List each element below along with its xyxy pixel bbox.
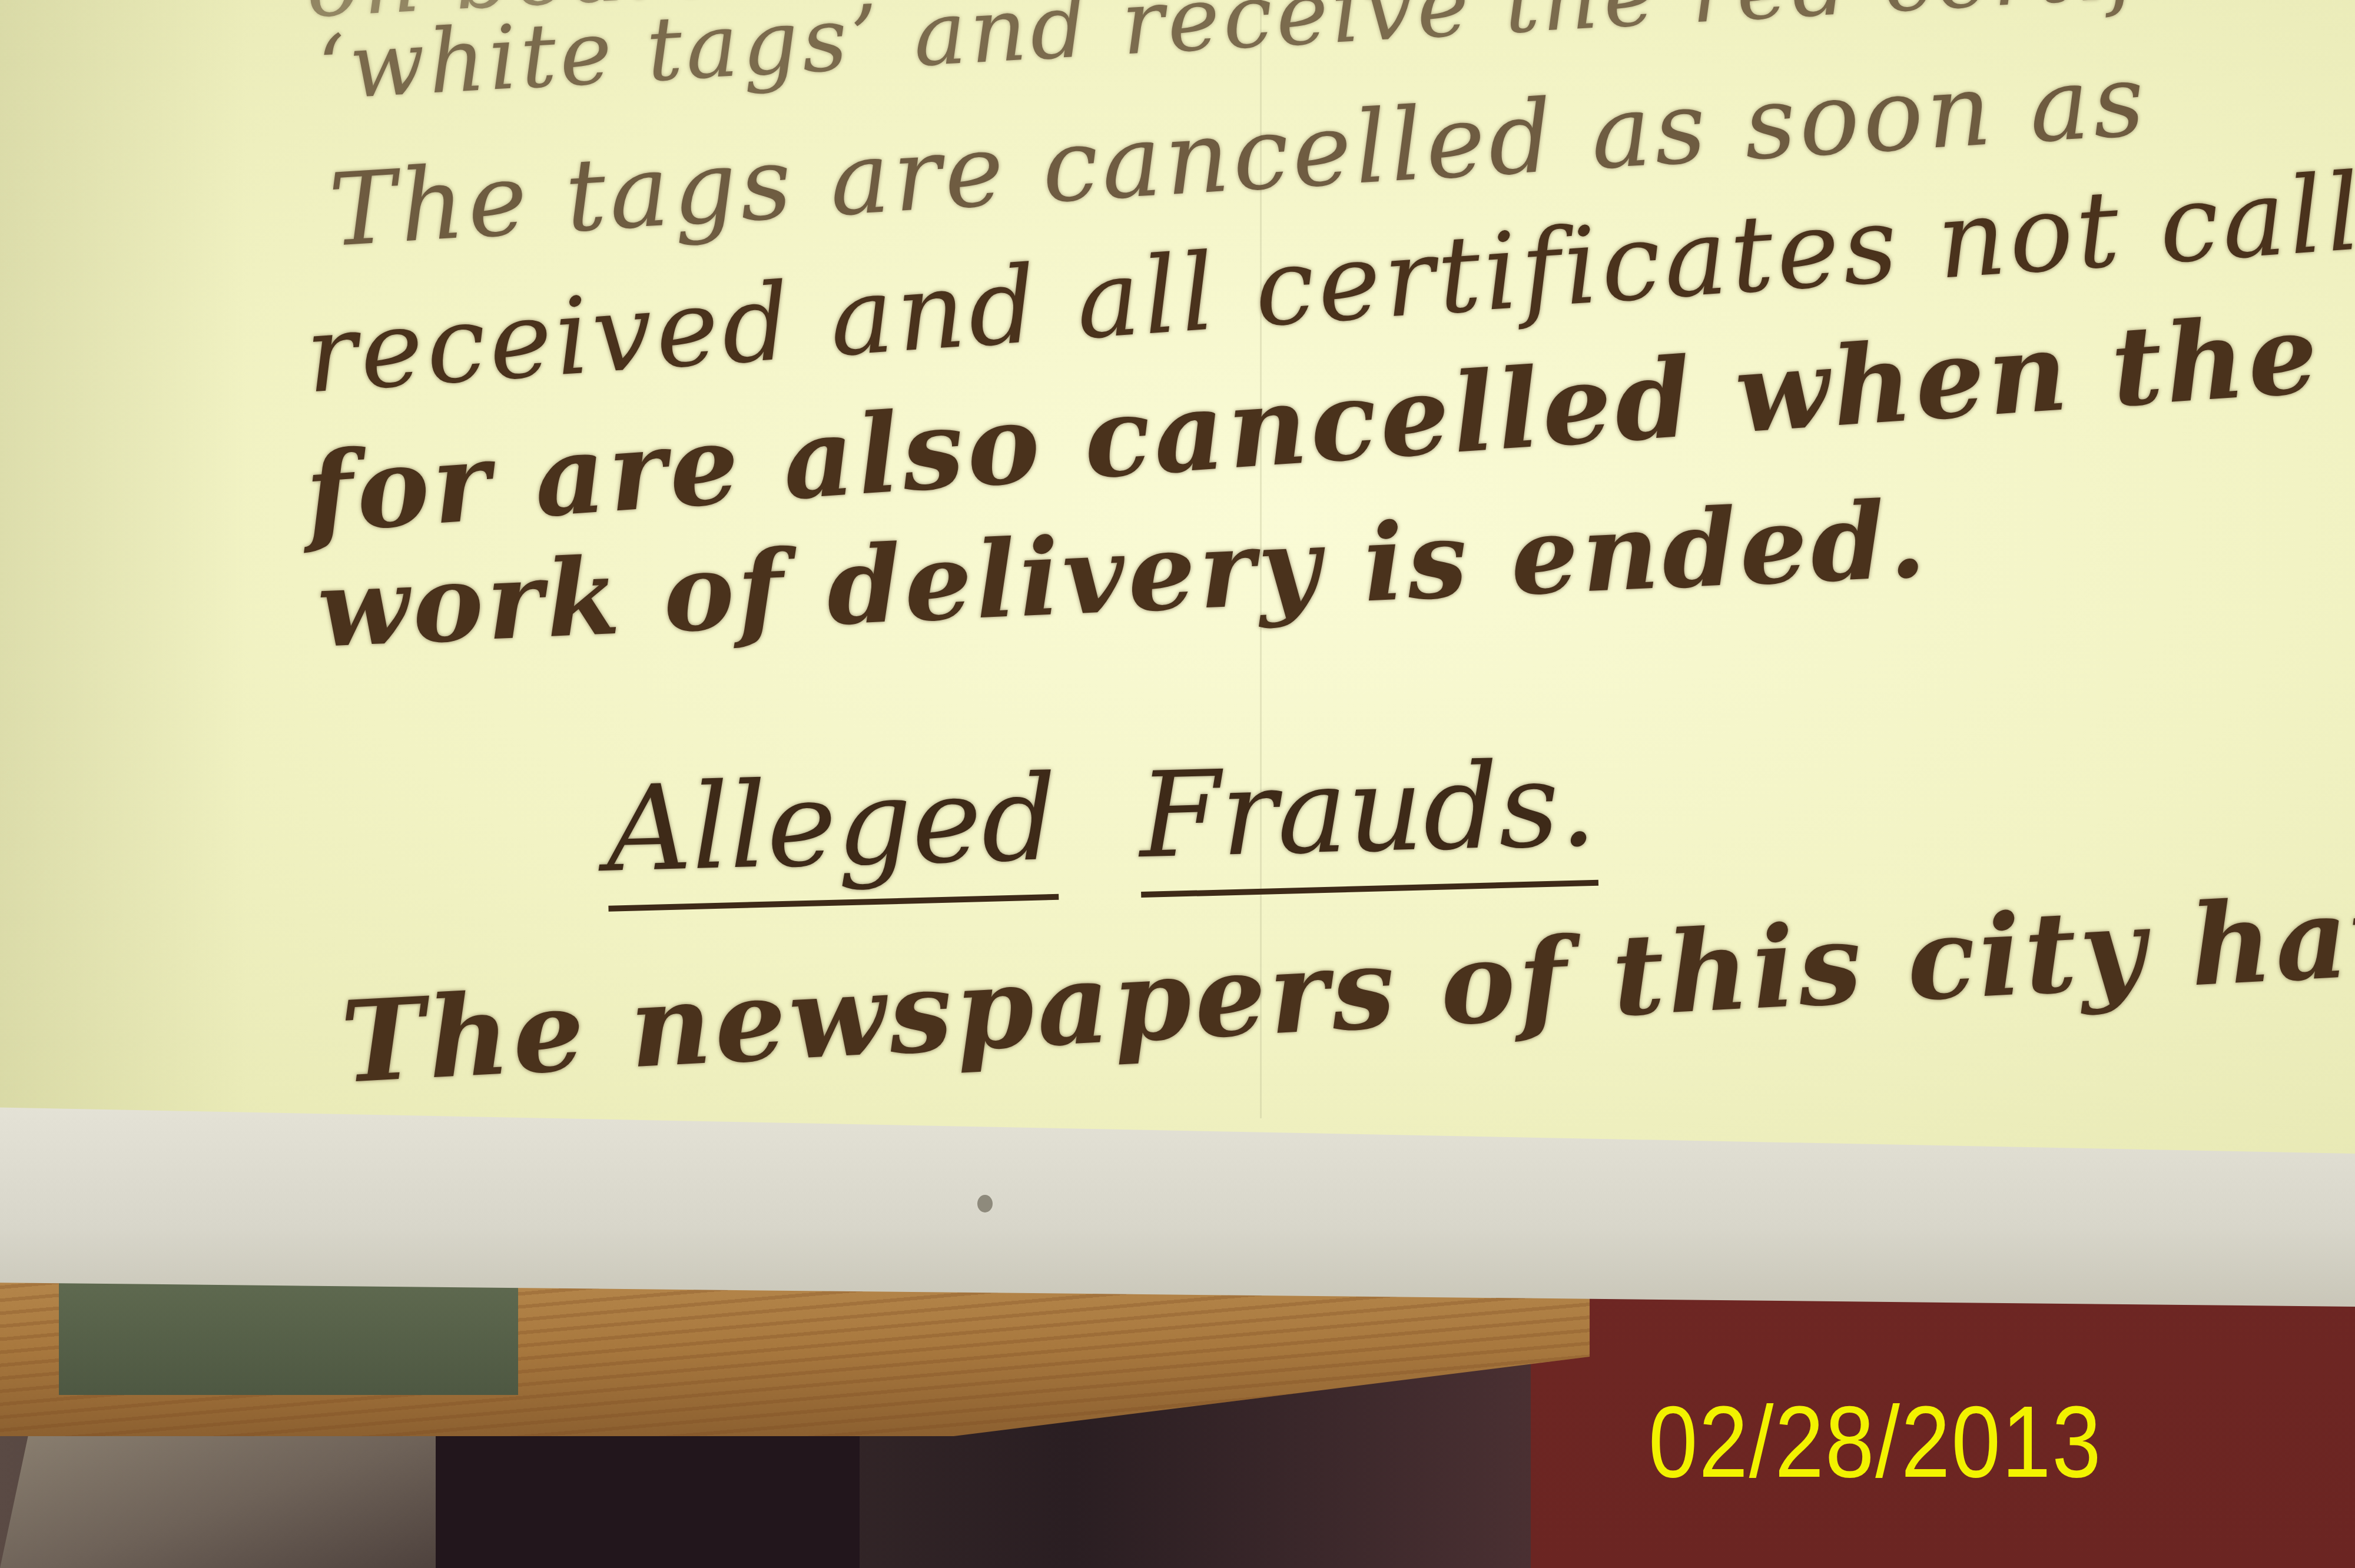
page-shadow bbox=[0, 0, 247, 1154]
section-heading: AllegedFrauds. bbox=[605, 733, 1681, 912]
manuscript-page: on board ‘white tags’ and receive the re… bbox=[0, 0, 2355, 1154]
heading-word-frauds: Frauds. bbox=[1137, 736, 1598, 898]
mount-hole bbox=[977, 1195, 993, 1212]
camera-date-stamp: 02/28/2013 bbox=[1648, 1383, 2102, 1500]
photo-scene: on board ‘white tags’ and receive the re… bbox=[0, 0, 2355, 1568]
green-book bbox=[59, 1277, 518, 1395]
heading-word-alleged: Alleged bbox=[605, 750, 1059, 912]
